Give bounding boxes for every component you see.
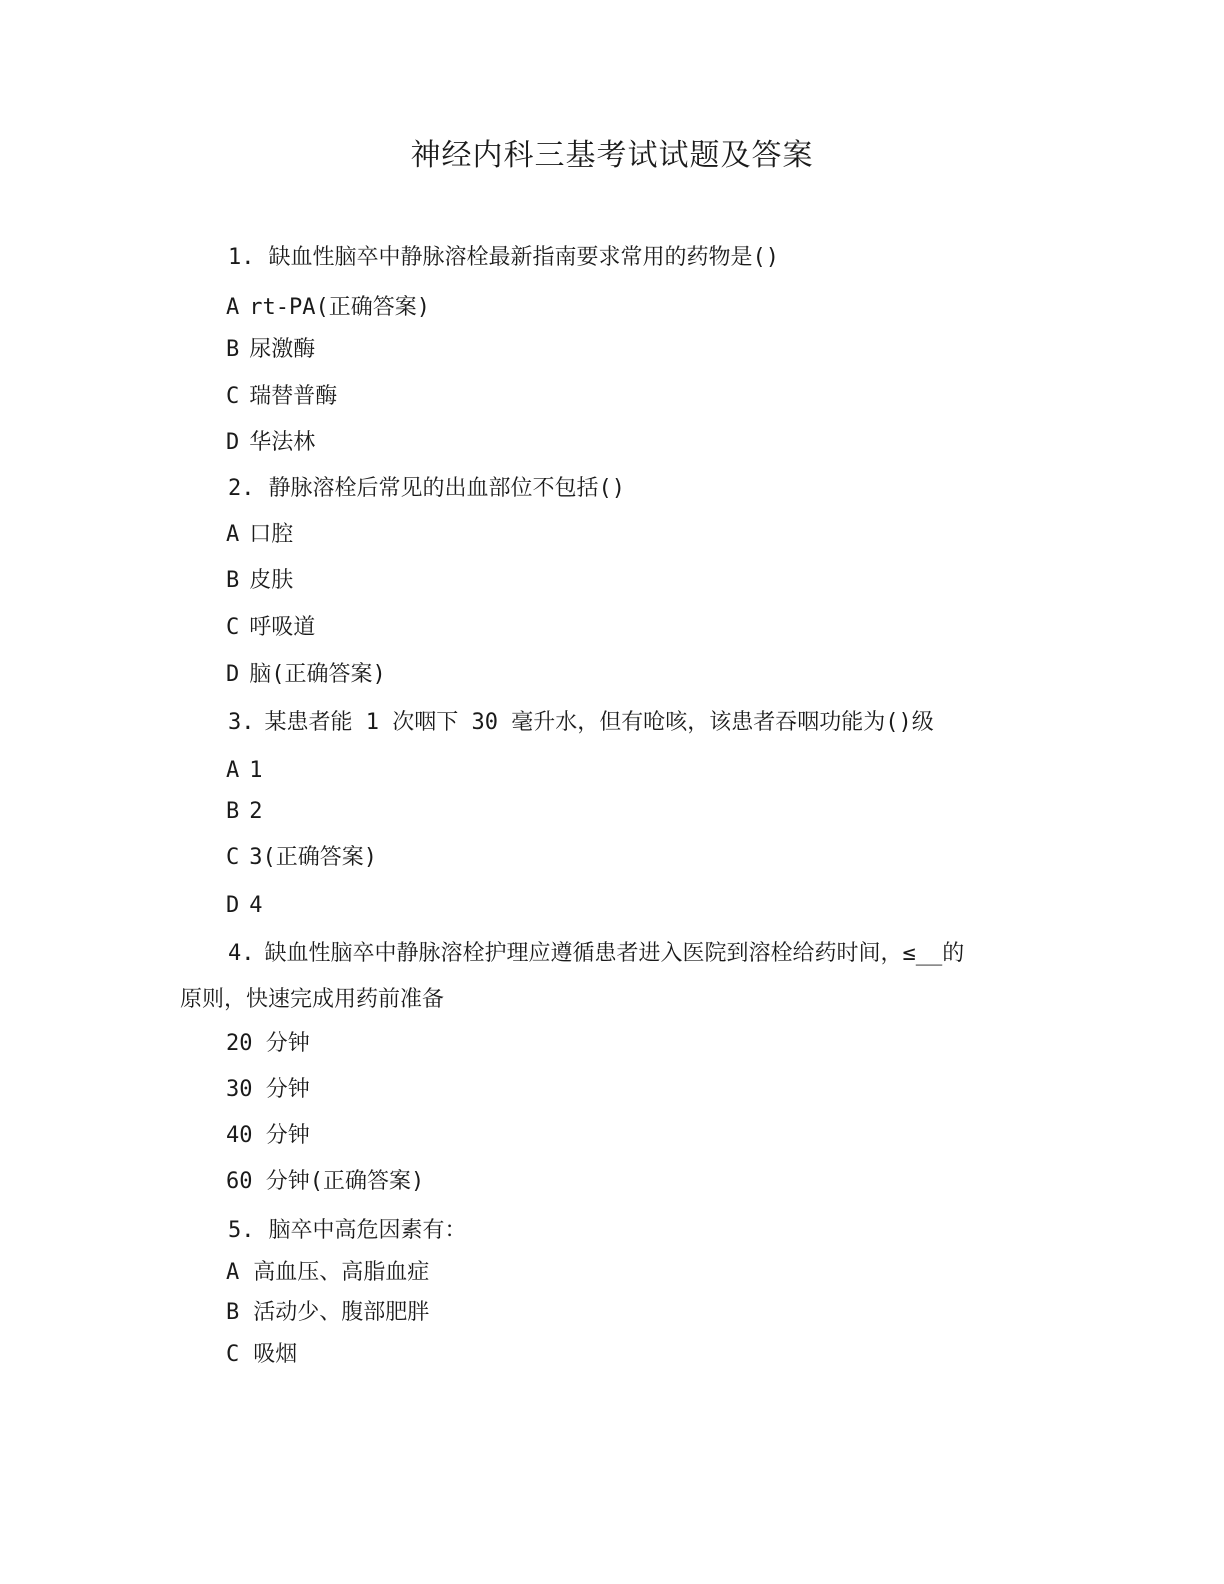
option-letter: B bbox=[226, 1300, 239, 1325]
option-text: 脑(正确答案) bbox=[249, 662, 386, 687]
question-number: 5. bbox=[228, 1218, 255, 1243]
option-text: 尿激酶 bbox=[249, 337, 315, 362]
option-text: 瑞替普酶 bbox=[249, 384, 337, 409]
option-4b: 30 分钟 bbox=[226, 1075, 310, 1105]
option-letter: C bbox=[226, 384, 239, 409]
question-4: 4.缺血性脑卒中静脉溶栓护理应遵循患者进入医院到溶栓给药时间，≤__的 bbox=[228, 939, 964, 969]
option-2d: D脑(正确答案) bbox=[226, 660, 386, 690]
question-number: 4. bbox=[228, 941, 255, 966]
question-text: 静脉溶栓后常见的出血部位不包括() bbox=[269, 476, 626, 501]
option-text: 4 bbox=[249, 893, 262, 918]
option-2b: B皮肤 bbox=[226, 566, 293, 596]
document-title: 神经内科三基考试试题及答案 bbox=[0, 136, 1224, 176]
option-1d: D华法林 bbox=[226, 428, 315, 458]
option-text: 口腔 bbox=[249, 522, 293, 547]
option-4d: 60 分钟(正确答案) bbox=[226, 1167, 424, 1197]
option-letter: A bbox=[226, 522, 239, 547]
option-text: 40 分钟 bbox=[226, 1123, 310, 1148]
option-5a: A高血压、高脂血症 bbox=[226, 1258, 429, 1288]
question-4-continued: 原则，快速完成用药前准备 bbox=[180, 985, 444, 1015]
option-letter: A bbox=[226, 1260, 239, 1285]
option-text: 30 分钟 bbox=[226, 1077, 310, 1102]
question-text: 缺血性脑卒中静脉溶栓最新指南要求常用的药物是() bbox=[269, 245, 780, 270]
question-number: 2. bbox=[228, 476, 255, 501]
question-5: 5.脑卒中高危因素有： bbox=[228, 1216, 467, 1246]
question-text: 缺血性脑卒中静脉溶栓护理应遵循患者进入医院到溶栓给药时间，≤__的 bbox=[265, 941, 965, 966]
option-letter: A bbox=[226, 758, 239, 783]
option-text: 2 bbox=[249, 799, 262, 824]
question-text: 原则，快速完成用药前准备 bbox=[180, 987, 444, 1012]
question-number: 1. bbox=[228, 245, 255, 270]
option-4a: 20 分钟 bbox=[226, 1029, 310, 1059]
option-letter: C bbox=[226, 845, 239, 870]
option-3b: B2 bbox=[226, 797, 263, 827]
option-letter: D bbox=[226, 430, 239, 455]
option-text: 吸烟 bbox=[253, 1342, 297, 1367]
option-4c: 40 分钟 bbox=[226, 1121, 310, 1151]
option-letter: B bbox=[226, 337, 239, 362]
option-text: 20 分钟 bbox=[226, 1031, 310, 1056]
option-3d: D4 bbox=[226, 891, 263, 921]
option-text: rt-PA(正确答案) bbox=[249, 295, 430, 320]
option-letter: C bbox=[226, 615, 239, 640]
question-number: 3. bbox=[228, 710, 255, 735]
question-3: 3.某患者能 1 次咽下 30 毫升水，但有呛咳，该患者吞咽功能为()级 bbox=[228, 708, 934, 738]
option-1c: C瑞替普酶 bbox=[226, 382, 337, 412]
option-text: 活动少、腹部肥胖 bbox=[253, 1300, 429, 1325]
option-text: 60 分钟(正确答案) bbox=[226, 1169, 424, 1194]
option-3c: C3(正确答案) bbox=[226, 843, 377, 873]
option-1a: Art-PA(正确答案) bbox=[226, 293, 430, 323]
option-3a: A1 bbox=[226, 756, 263, 786]
option-2a: A口腔 bbox=[226, 520, 293, 550]
option-1b: B尿激酶 bbox=[226, 335, 315, 365]
question-text: 某患者能 1 次咽下 30 毫升水，但有呛咳，该患者吞咽功能为()级 bbox=[265, 710, 934, 735]
option-2c: C呼吸道 bbox=[226, 613, 315, 643]
option-letter: D bbox=[226, 662, 239, 687]
option-text: 皮肤 bbox=[249, 568, 293, 593]
option-text: 呼吸道 bbox=[249, 615, 315, 640]
option-letter: A bbox=[226, 295, 239, 320]
option-letter: D bbox=[226, 893, 239, 918]
document-page: 神经内科三基考试试题及答案 1.缺血性脑卒中静脉溶栓最新指南要求常用的药物是()… bbox=[0, 0, 1224, 1584]
option-text: 3(正确答案) bbox=[249, 845, 377, 870]
option-letter: B bbox=[226, 568, 239, 593]
option-5c: C吸烟 bbox=[226, 1340, 297, 1370]
option-letter: B bbox=[226, 799, 239, 824]
question-2: 2.静脉溶栓后常见的出血部位不包括() bbox=[228, 474, 625, 504]
question-text: 脑卒中高危因素有： bbox=[269, 1218, 467, 1243]
option-text: 华法林 bbox=[249, 430, 315, 455]
question-1: 1.缺血性脑卒中静脉溶栓最新指南要求常用的药物是() bbox=[228, 243, 779, 273]
option-letter: C bbox=[226, 1342, 239, 1367]
option-text: 1 bbox=[249, 758, 262, 783]
option-text: 高血压、高脂血症 bbox=[253, 1260, 429, 1285]
option-5b: B活动少、腹部肥胖 bbox=[226, 1298, 429, 1328]
